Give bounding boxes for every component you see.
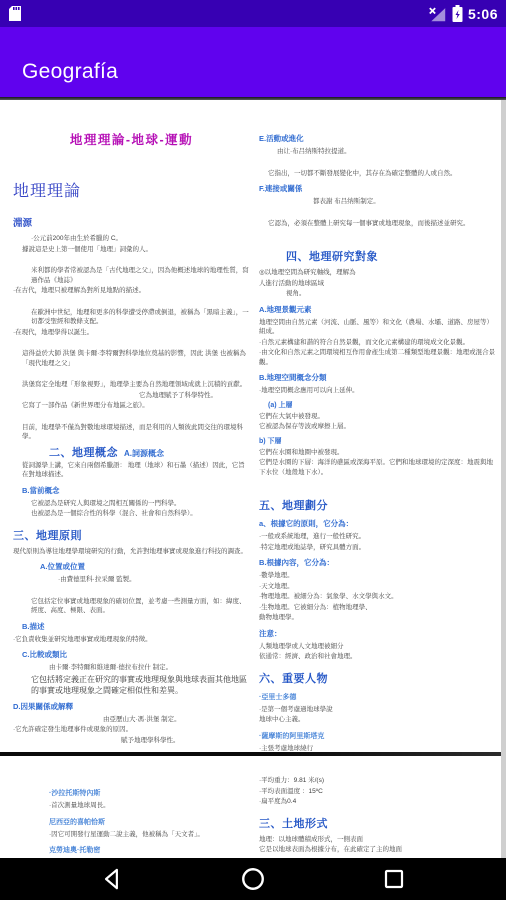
doc-paragraph: ◎以地理空間為研究軸线，理解為 [259, 268, 499, 278]
doc-subheading: A.地理景觀元素 [259, 304, 499, 315]
doc-paragraph: ·是第一個考慮過地球學說 [259, 705, 499, 715]
page2-column-left: ·沙拉托斯特內斯·首次測量地球周長。尼西亞的喜帕恰斯·因它可開發行星運動二說主義… [13, 756, 250, 858]
doc-paragraph: ·自然元素構建和諧的符合自然景觀，而文化元素構建的環境成文化景觀。 [259, 338, 499, 348]
doc-paragraph: ·特定地理或地誌學，研究具體方面。 [259, 543, 499, 553]
doc-paragraph: ·一般或系統地理，進行一般性研究。 [259, 532, 499, 542]
doc-paragraph: ·它允許確定發生地理事件或現象的原因。 [13, 725, 250, 735]
doc-paragraph: ·首次測量地球周長。 [13, 801, 250, 811]
doc-spacer [13, 412, 250, 423]
doc-paragraph: 從詞源學上講，它來自兩個希臘語： 地理（地球）和石墨（描述）因此，它旨在對地球描… [13, 461, 250, 480]
doc-paragraph: ·數學地理。 [259, 571, 499, 581]
doc-subheading: 注意： [259, 628, 499, 639]
status-bar: 5:06 [0, 0, 506, 27]
doc-paragraph: 依通常：經濟、政治和社會地理。 [259, 652, 499, 662]
doc-section-heading: 三、地理原則 [13, 527, 250, 543]
doc-paragraph: ·天文地理。 [259, 582, 499, 592]
doc-subheading: a、根據它的原則，它分為： [259, 518, 499, 529]
doc-paragraph: 它們在大氣中被發現。 [259, 412, 499, 422]
doc-subheading: (a) 上層 [259, 400, 499, 410]
doc-paragraph: 動物地理學。 [259, 613, 499, 623]
back-triangle-icon [99, 866, 125, 892]
doc-paragraph: 米利都的學者常被認為是「古代地理之父」，因為他概述地球的地理性質，寫過作品《地誌… [13, 266, 250, 285]
doc-paragraph: ·物理地理。被細分為：氣象學、水文學與水文。 [259, 592, 499, 602]
doc-spacer [259, 208, 499, 219]
doc-paragraph: 它被認為保存等波或摩擦上層。 [259, 422, 499, 432]
doc-subheading: E.活動或進化 [259, 133, 499, 144]
doc-subheading: B.地理空間概念分類 [259, 372, 499, 383]
doc-subheading: b) 下層 [259, 436, 499, 446]
doc-subheading: B.描述 [13, 621, 250, 632]
doc-paragraph: 它們在水圈和地圈中被發現。 [259, 448, 499, 458]
doc-paragraph: 它認為，必須在整體上研究每一個事實或地理現象，而後描述並研究。 [259, 219, 499, 229]
doc-section-heading: 四、地理研究對象 [259, 248, 499, 264]
doc-paragraph: 賦予地理學科學性。 [13, 736, 250, 746]
back-button[interactable] [92, 859, 132, 899]
doc-paragraph: ·平均重力：9.81 米/(s) [259, 776, 499, 786]
doc-paragraph: 也被認為是一個綜合性的科學（混合、社會和自然科學）。 [13, 509, 250, 519]
document-viewer[interactable]: 地理理論-地球-運動地理理論淵源·公元前200年由生於希臘的 C。據說這是史上第… [0, 100, 506, 858]
doc-paragraph: 現代原則為導往地理學環境研究的行動，允許對地理事實或現象進行科技的調查。 [13, 547, 250, 557]
doc-paragraph: ·平均表面溫度 ：15ºC [259, 787, 499, 797]
doc-paragraph: 地球中心主義。 [259, 715, 499, 725]
signal-no-connection-icon [428, 5, 447, 22]
doc-paragraph: 它被認為是研究人與環境之間相互關係的一門科學。 [13, 499, 250, 509]
doc-link-text: ·沙拉托斯特內斯 [13, 788, 250, 798]
document-page-edge [501, 100, 506, 858]
doc-paragraph: 由让·布吕纳斯特拉提道。 [259, 147, 499, 157]
doc-paragraph: ·它負責收集並研究地理事實或地理現象的特徵。 [13, 635, 250, 645]
doc-paragraph: 人進行活動的地球區域 [259, 279, 499, 289]
doc-link-text: ·薩摩斯的阿里斯塔克 [259, 731, 499, 741]
doc-spacer [259, 158, 499, 169]
doc-spacer [13, 586, 250, 597]
doc-paragraph: 人類地理學或人文地理被細分 [259, 642, 499, 652]
doc-subheading: D.因果關係或解釋 [13, 701, 250, 712]
doc-paragraph: ·在古代，地理只被理解為對所見地點的描述。 [13, 286, 250, 296]
doc-paragraph: 目前，地理學不僅為對數地球環境描述，而是利用的人類彼此間交往的環境科學。 [13, 423, 250, 442]
doc-paragraph: 都表謝 布吕纳斯制定。 [259, 197, 499, 207]
doc-paragraph: 視角。 [259, 289, 499, 299]
doc-spacer [13, 369, 250, 380]
doc-heading-2: 淵源 [13, 215, 250, 229]
doc-paragraph: ·地理空間概念應用可以向上延伸。 [259, 386, 499, 396]
doc-paragraph: 它為地理賦予了科學特性。 [13, 391, 250, 401]
doc-paragraph: 據說這是史上第一個使用「地理」詞彙的人。 [13, 245, 250, 255]
doc-paragraph: ·主張考慮地球繞行 [259, 744, 499, 753]
home-circle-icon [240, 866, 266, 892]
doc-paragraph: 由卡爾·李特爾和維達爾·德拉布拉什 制定。 [13, 663, 250, 673]
doc-paragraph: ·因它可開發行星運動二說主義，他被稱為「天文者」。 [13, 830, 250, 840]
doc-spacer [13, 338, 250, 349]
doc-paragraph: 它寫了一部作品《新世界理分布地區之旅》。 [13, 401, 250, 411]
doc-link-text: ·亞里士多德 [259, 692, 499, 702]
doc-paragraph: ·由費德里科·拉采爾 監製。 [13, 575, 250, 585]
recents-button[interactable] [374, 859, 414, 899]
doc-heading-1: 地理理論 [13, 178, 250, 201]
doc-section-heading: 六、重要人物 [259, 670, 499, 686]
app-bar: Geografía [0, 27, 506, 97]
doc-paragraph: 在歐洲中世紀，地理和更多的科學遭受停滯或倒退，被稱為「黑暗主義」，一切都受聖經和… [13, 308, 250, 327]
doc-link-text: 克勞迪奧·托勒密 [13, 845, 250, 855]
doc-section-heading: 二、地理概念 [49, 447, 118, 459]
app-title: Geografía [22, 60, 118, 84]
doc-subheading: F.連接或關係 [259, 183, 499, 194]
doc-paragraph: 它是以地球表面為根據分布，在此確定了主的地面 [259, 845, 499, 855]
doc-title: 地理理論-地球-運動 [13, 130, 250, 148]
doc-paragraph: 由亞歷山大·馮·洪堡 制定。 [13, 715, 250, 725]
doc-section-heading: 五、地理劃分 [259, 497, 499, 513]
doc-section-heading: 三、土地形式 [259, 815, 499, 831]
document-page-1: 地理理論-地球-運動地理理論淵源·公元前200年由生於希臘的 C。據說這是史上第… [0, 100, 506, 752]
doc-paragraph: ·由文化和自然元素之間環境相互作用會產生成第二種類型地理景觀：地理或混合景觀。 [259, 348, 499, 367]
doc-paragraph: 地理：以地球體積成形式，一側表面 [259, 835, 499, 845]
doc-link-text: 尼西亞的喜帕恰斯 [13, 817, 250, 827]
page1-column-right: E.活動或進化由让·布吕纳斯特拉提道。它指出，一切都不斷發展變化中，其存在為確定… [259, 100, 499, 752]
doc-spacer [259, 478, 499, 489]
doc-subheading: B.根據內容，它分為： [259, 557, 499, 568]
battery-charging-icon [452, 5, 463, 22]
doc-paragraph: 洪堡寫定全地理「形象視野」，地理學主要為自然地理領域成就上沉積的貢獻。 [13, 380, 250, 390]
doc-subheading: A.位置或位置 [13, 561, 250, 572]
doc-paragraph: ·生物地理。它被細分為：植物地理學、 [259, 603, 499, 613]
doc-paragraph: 地理空間由自然元素（河流、山脈、風等）和文化（農場、水壩、道路、房屋等）組成。 [259, 318, 499, 337]
sd-card-icon [8, 5, 22, 22]
doc-paragraph: 它們是水圈的下層：海洋的礁區或深海平原。它們和地球環境的定深度：地震與地下水位（… [259, 458, 499, 477]
doc-paragraph: ·在現代，地理學得以誕生。 [13, 328, 250, 338]
doc-spacer [13, 255, 250, 266]
doc-paragraph: 它指出，一切都不斷發展變化中，其存在為確定整體的人或自然。 [259, 169, 499, 179]
doc-paragraph: 這得益於大師 洪堡 與卡爾·李特爾對科學地位奠基的影響，因此 洪堡 也被稱為「現… [13, 349, 250, 368]
doc-spacer [13, 297, 250, 308]
doc-paragraph: ·扁平度為0.4 [259, 797, 499, 807]
recents-square-icon [382, 867, 406, 891]
doc-spacer [259, 229, 499, 240]
doc-subheading: C.比較或類比 [13, 649, 250, 660]
doc-paragraph: 它包括定位事實或地理現象的確切位置，並考慮一些測量方面，如：緯度、經度、高度、極… [13, 597, 250, 616]
page1-column-left: 地理理論-地球-運動地理理論淵源·公元前200年由生於希臘的 C。據說這是史上第… [13, 100, 250, 746]
status-time: 5:06 [468, 6, 498, 22]
document-page-2: ·沙拉托斯特內斯·首次測量地球周長。尼西亞的喜帕恰斯·因它可開發行星運動二說主義… [0, 756, 506, 858]
android-navigation-bar [0, 858, 506, 900]
doc-subheading: A.詞源概念 [124, 449, 164, 458]
doc-section-row: 二、地理概念A.詞源概念 [13, 443, 250, 461]
page2-column-right: ·平均重力：9.81 米/(s)·平均表面溫度 ：15ºC·扁平度為0.4三、土… [259, 756, 499, 856]
doc-paragraph: 它包括將定義正在研究的事實或地理現象與地球表面其他地區的事實或地理現象之間確定相… [13, 674, 250, 696]
home-button[interactable] [233, 859, 273, 899]
doc-subheading: B.當前概念 [13, 485, 250, 496]
doc-paragraph: ·公元前200年由生於希臘的 C。 [13, 234, 250, 244]
